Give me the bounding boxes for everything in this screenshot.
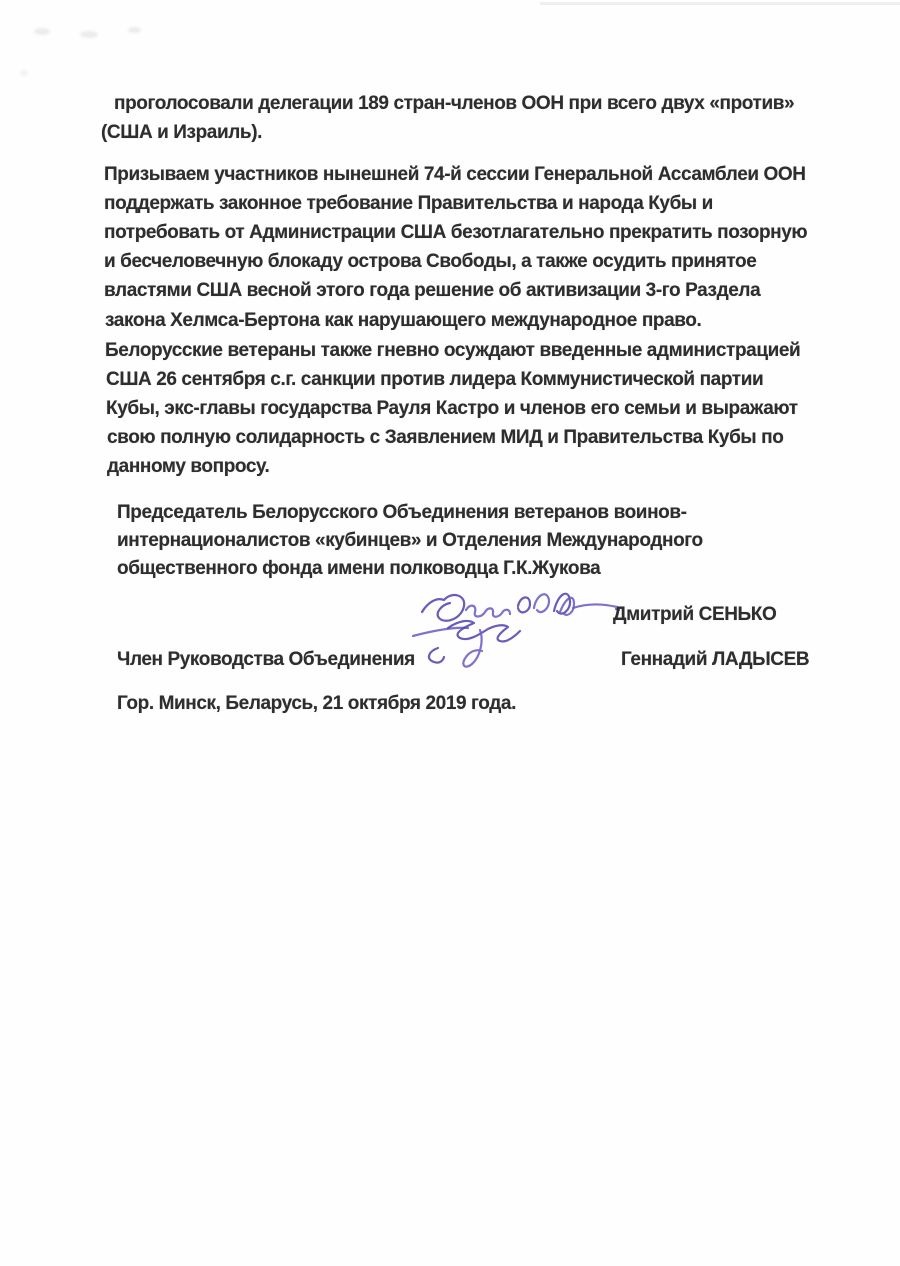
- pencil-mark: [128, 27, 141, 33]
- signatory-name-ladysev: Геннадий ЛАДЫСЕВ: [621, 649, 809, 671]
- document-scan: проголосовали делегации 189 стран-членов…: [0, 0, 900, 1266]
- body-line: поддержать законное требование Правитель…: [104, 193, 713, 215]
- handwritten-signature-ink: [408, 584, 623, 674]
- closing-role-line: интернационалистов «кубинцев» и Отделени…: [117, 530, 703, 552]
- member-role: Член Руководства Объединения: [117, 649, 415, 671]
- body-line: Призываем участников нынешней 74-й сесси…: [104, 164, 806, 186]
- body-line: и бесчеловечную блокаду острова Свободы,…: [104, 251, 756, 273]
- body-line: проголосовали делегации 189 стран-членов…: [114, 93, 794, 115]
- body-line: Белорусские ветераны также гневно осужда…: [105, 340, 800, 362]
- pencil-mark: [34, 28, 50, 35]
- body-line: США 26 сентября с.г. санкции против лиде…: [106, 369, 763, 391]
- closing-role-line: Председатель Белорусского Объединения ве…: [117, 502, 687, 524]
- signatory-name-senko: Дмитрий СЕНЬКО: [613, 604, 776, 626]
- body-line: властями США весной этого года решение о…: [104, 280, 760, 302]
- pencil-mark: [20, 70, 28, 76]
- body-line: (США и Израиль).: [101, 122, 262, 144]
- scan-edge-streak: [540, 2, 900, 5]
- pencil-mark: [80, 31, 98, 38]
- body-line: закона Хелмса-Бертона как нарушающего ме…: [105, 310, 701, 332]
- closing-role-line: общественного фонда имени полководца Г.К…: [117, 558, 600, 580]
- body-line: свою полную солидарность с Заявлением МИ…: [107, 427, 783, 449]
- body-line: данному вопросу.: [107, 456, 269, 478]
- dateline: Гор. Минск, Беларусь, 21 октября 2019 го…: [117, 693, 516, 715]
- body-line: Кубы, экс-главы государства Рауля Кастро…: [106, 398, 798, 420]
- body-line: потребовать от Администрации США безотла…: [104, 222, 807, 244]
